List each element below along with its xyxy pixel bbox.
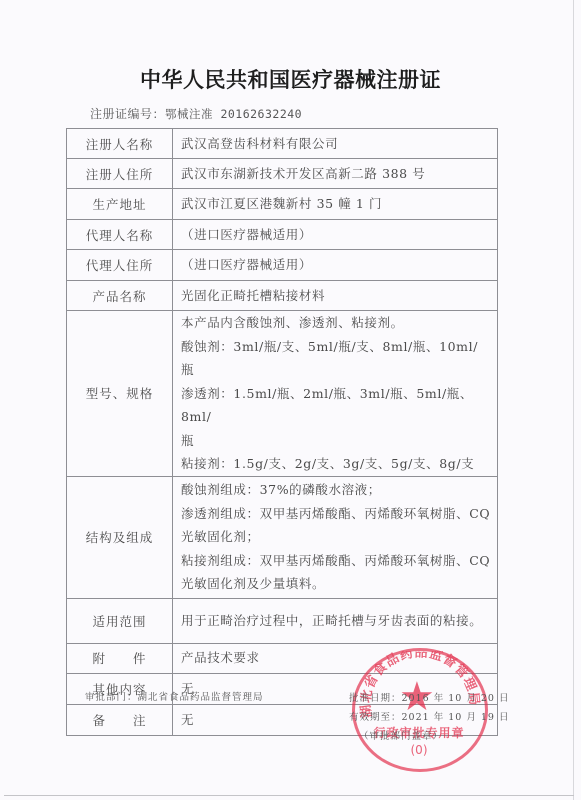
field-label: 代理人住所	[67, 250, 173, 281]
field-value: 本产品内含酸蚀剂、渗透剂、粘接剂。酸蚀剂：3ml/瓶/支、5ml/瓶/支、8ml…	[173, 311, 498, 477]
field-value: （进口医疗器械适用）	[173, 250, 498, 281]
approval-dates: 批准日期：2016 年 10 月 20 日 有效期至：2021 年 10 月 1…	[345, 689, 509, 746]
valid-until: 有效期至：2021 年 10 月 19 日	[345, 708, 509, 727]
field-value-line: 光敏固化剂及少量填料。	[181, 572, 491, 596]
field-label: 注册人名称	[67, 129, 173, 159]
field-value: 武汉高登齿科材料有限公司	[173, 129, 498, 159]
table-row: 代理人名称（进口医疗器械适用）	[67, 220, 498, 250]
field-value: 光固化正畸托槽粘接材料	[173, 281, 498, 311]
table-row: 适用范围用于正畸治疗过程中，正畸托槽与牙齿表面的粘接。	[67, 598, 498, 643]
field-value-line: 本产品内含酸蚀剂、渗透剂、粘接剂。	[181, 311, 491, 335]
field-label: 适用范围	[67, 598, 173, 643]
field-label: 附 件	[67, 643, 173, 673]
approval-department: 审批部门：湖北省食品药品监督管理局	[85, 689, 264, 703]
approval-date: 批准日期：2016 年 10 月 20 日	[345, 689, 509, 708]
table-row: 型号、规格本产品内含酸蚀剂、渗透剂、粘接剂。酸蚀剂：3ml/瓶/支、5ml/瓶/…	[67, 311, 498, 477]
field-value-line: 瓶	[181, 429, 491, 453]
field-value-line: 光敏固化剂；	[181, 525, 491, 549]
table-row: 产品名称光固化正畸托槽粘接材料	[67, 281, 498, 311]
document-title: 中华人民共和国医疗器械注册证	[0, 64, 581, 94]
field-label: 注册人住所	[67, 159, 173, 189]
field-value-line: 用于正畸治疗过程中，正畸托槽与牙齿表面的粘接。	[181, 609, 491, 633]
field-label: 备 注	[67, 704, 173, 735]
field-label: 代理人名称	[67, 220, 173, 250]
field-value: 用于正畸治疗过程中，正畸托槽与牙齿表面的粘接。	[173, 598, 498, 643]
field-label: 型号、规格	[67, 311, 173, 477]
field-value-line: 武汉市东湖新技术开发区高新二路 388 号	[181, 162, 491, 186]
table-row: 结构及组成酸蚀剂组成：37%的磷酸水溶液；渗透剂组成：双甲基丙烯酸酯、丙烯酸环氧…	[67, 476, 498, 598]
field-value-line: 渗透剂组成：双甲基丙烯酸酯、丙烯酸环氧树脂、CQ	[181, 502, 491, 526]
registration-number: 注册证编号：鄂械注准 20162632240	[90, 105, 302, 122]
field-value: 武汉市江夏区港魏新村 35 幢 1 门	[173, 189, 498, 220]
field-label: 生产地址	[67, 189, 173, 220]
field-value-line: （进口医疗器械适用）	[181, 253, 491, 277]
field-value: 酸蚀剂组成：37%的磷酸水溶液；渗透剂组成：双甲基丙烯酸酯、丙烯酸环氧树脂、CQ…	[173, 476, 498, 598]
field-value: （进口医疗器械适用）	[173, 220, 498, 250]
page-edge	[4, 795, 574, 796]
table-row: 生产地址武汉市江夏区港魏新村 35 幢 1 门	[67, 189, 498, 220]
page-edge	[573, 0, 574, 800]
field-value: 武汉市东湖新技术开发区高新二路 388 号	[173, 159, 498, 189]
field-value-line: 光固化正畸托槽粘接材料	[181, 284, 491, 308]
field-value-line: （进口医疗器械适用）	[181, 223, 491, 247]
registration-number-label: 注册证编号：	[90, 107, 165, 121]
field-value-line: 粘接剂组成：双甲基丙烯酸酯、丙烯酸环氧树脂、CQ	[181, 549, 491, 573]
table-row: 注册人名称武汉高登齿科材料有限公司	[67, 129, 498, 159]
field-label: 产品名称	[67, 281, 173, 311]
field-value-line: 渗透剂：1.5ml/瓶、2ml/瓶、3ml/瓶、5ml/瓶、8ml/	[181, 382, 491, 429]
certificate-table: 注册人名称武汉高登齿科材料有限公司注册人住所武汉市东湖新技术开发区高新二路 38…	[66, 128, 498, 736]
table-row: 代理人住所（进口医疗器械适用）	[67, 250, 498, 281]
field-value-line: 武汉高登齿科材料有限公司	[181, 132, 491, 156]
seal-note: （审批部门盖章）	[345, 727, 509, 746]
field-value-line: 粘接剂：1.5g/支、2g/支、3g/支、5g/支、8g/支	[181, 452, 491, 476]
field-value-line: 酸蚀剂组成：37%的磷酸水溶液；	[181, 478, 491, 502]
field-label: 结构及组成	[67, 476, 173, 598]
table-row: 注册人住所武汉市东湖新技术开发区高新二路 388 号	[67, 159, 498, 189]
registration-number-value: 鄂械注准 20162632240	[165, 107, 302, 121]
field-value-line: 酸蚀剂：3ml/瓶/支、5ml/瓶/支、8ml/瓶、10ml/瓶	[181, 335, 491, 382]
field-value-line: 武汉市江夏区港魏新村 35 幢 1 门	[181, 192, 491, 216]
